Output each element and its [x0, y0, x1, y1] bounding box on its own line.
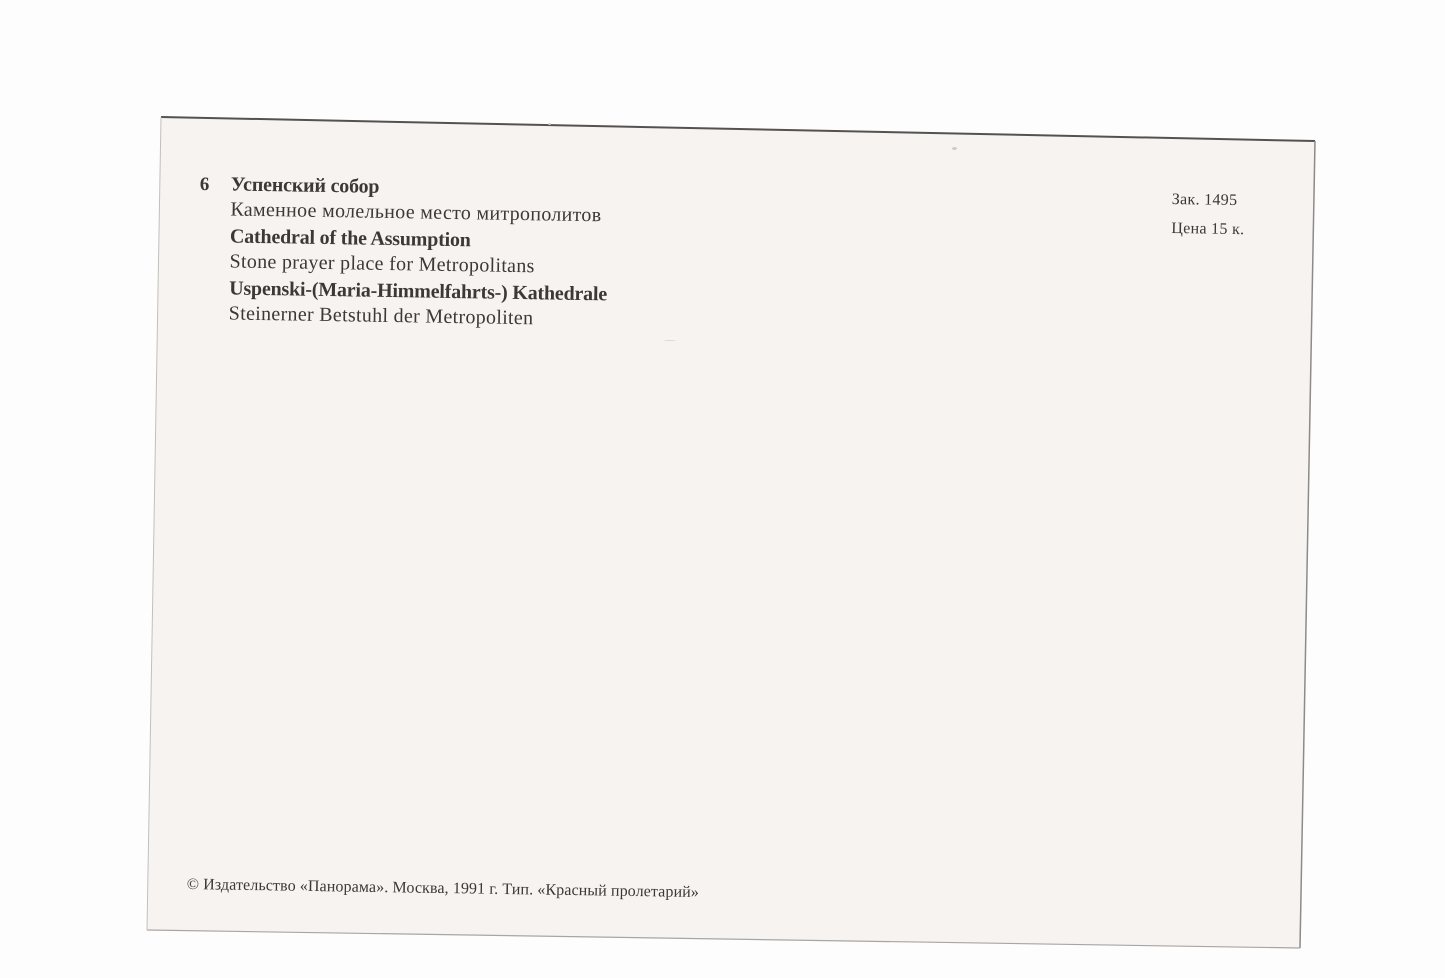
paper-speck: [664, 340, 676, 341]
order-number: Зак. 1495: [1172, 185, 1246, 215]
subtitle-ru: Каменное молельное место митрополитов: [230, 197, 608, 228]
subtitle-en: Stone prayer place for Metropolitans: [229, 249, 607, 280]
subtitle-de: Steinerner Betstuhl der Metropoliten: [229, 301, 607, 332]
postcard-back: 6 Успенский собор Каменное молельное мес…: [0, 0, 1445, 978]
publisher-line: © Издательство «Панорама». Москва, 1991 …: [187, 876, 699, 902]
paper-speck: [952, 147, 957, 150]
caption-block: 6 Успенский собор Каменное молельное мес…: [198, 172, 609, 332]
paper-speck: [548, 123, 551, 125]
price: Цена 15 к.: [1171, 214, 1245, 244]
order-info: Зак. 1495 Цена 15 к.: [1171, 185, 1245, 244]
card-number: 6: [200, 174, 231, 196]
